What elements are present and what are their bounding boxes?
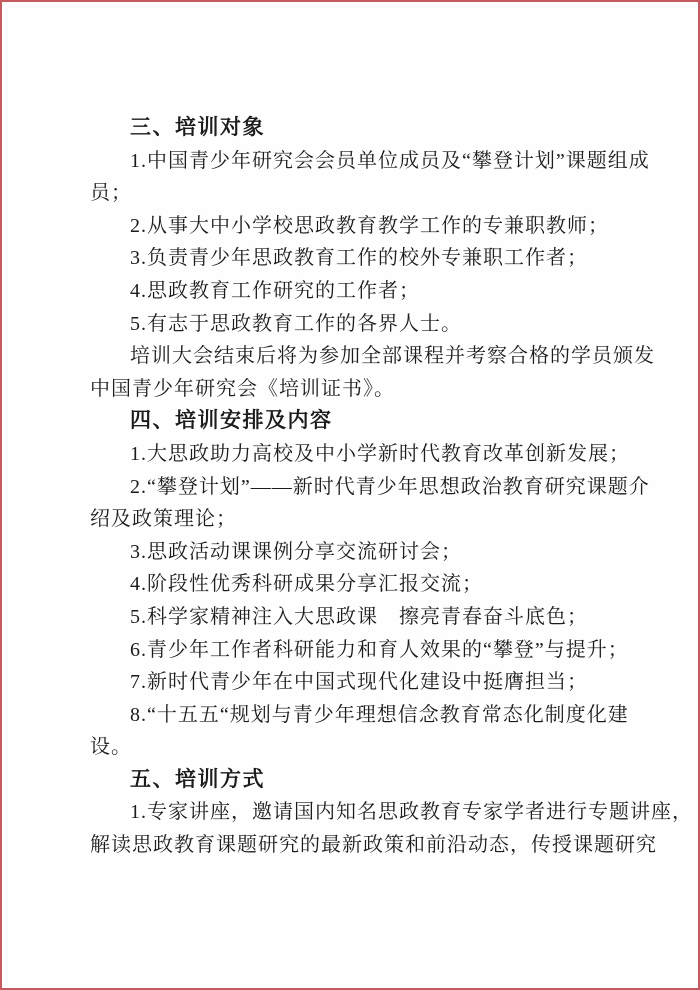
section-heading-training-schedule: 四、培训安排及内容 [90,405,612,438]
document-line: 1.大思政助力高校及中小学新时代教育改革创新发展； [90,438,612,471]
document-line: 4.阶段性优秀科研成果分享汇报交流； [90,568,612,601]
document-page: 三、培训对象 1.中国青少年研究会会员单位成员及“攀登计划”课题组成 员； 2.… [0,0,700,990]
document-line: 中国青少年研究会《培训证书》。 [90,373,612,406]
document-line: 绍及政策理论； [90,503,612,536]
document-line: 4.思政教育工作研究的工作者； [90,275,612,308]
document-line: 5.有志于思政教育工作的各界人士。 [90,308,612,341]
section-heading-training-method: 五、培训方式 [90,764,612,797]
section-heading-training-targets: 三、培训对象 [90,112,612,145]
document-body: 三、培训对象 1.中国青少年研究会会员单位成员及“攀登计划”课题组成 员； 2.… [90,112,612,862]
document-line: 2.从事大中小学校思政教育教学工作的专兼职教师； [90,210,612,243]
document-line: 1.专家讲座，邀请国内知名思政教育专家学者进行专题讲座， [90,796,612,829]
document-line: 6.青少年工作者科研能力和育人效果的“攀登”与提升； [90,634,612,667]
document-line: 员； [90,177,612,210]
document-line: 2.“攀登计划”——新时代青少年思想政治教育研究课题介 [90,471,612,504]
document-line: 7.新时代青少年在中国式现代化建设中挺膺担当； [90,666,612,699]
document-line: 3.思政活动课课例分享交流研讨会； [90,536,612,569]
document-line: 1.中国青少年研究会会员单位成员及“攀登计划”课题组成 [90,145,612,178]
document-line: 解读思政教育课题研究的最新政策和前沿动态，传授课题研究 [90,829,612,862]
document-line: 5.科学家精神注入大思政课 擦亮青春奋斗底色； [90,601,612,634]
document-line: 8.“十五五“规划与青少年理想信念教育常态化制度化建 [90,699,612,732]
document-line: 培训大会结束后将为参加全部课程并考察合格的学员颁发 [90,340,612,373]
document-line: 3.负责青少年思政教育工作的校外专兼职工作者； [90,242,612,275]
document-line: 设。 [90,731,612,764]
